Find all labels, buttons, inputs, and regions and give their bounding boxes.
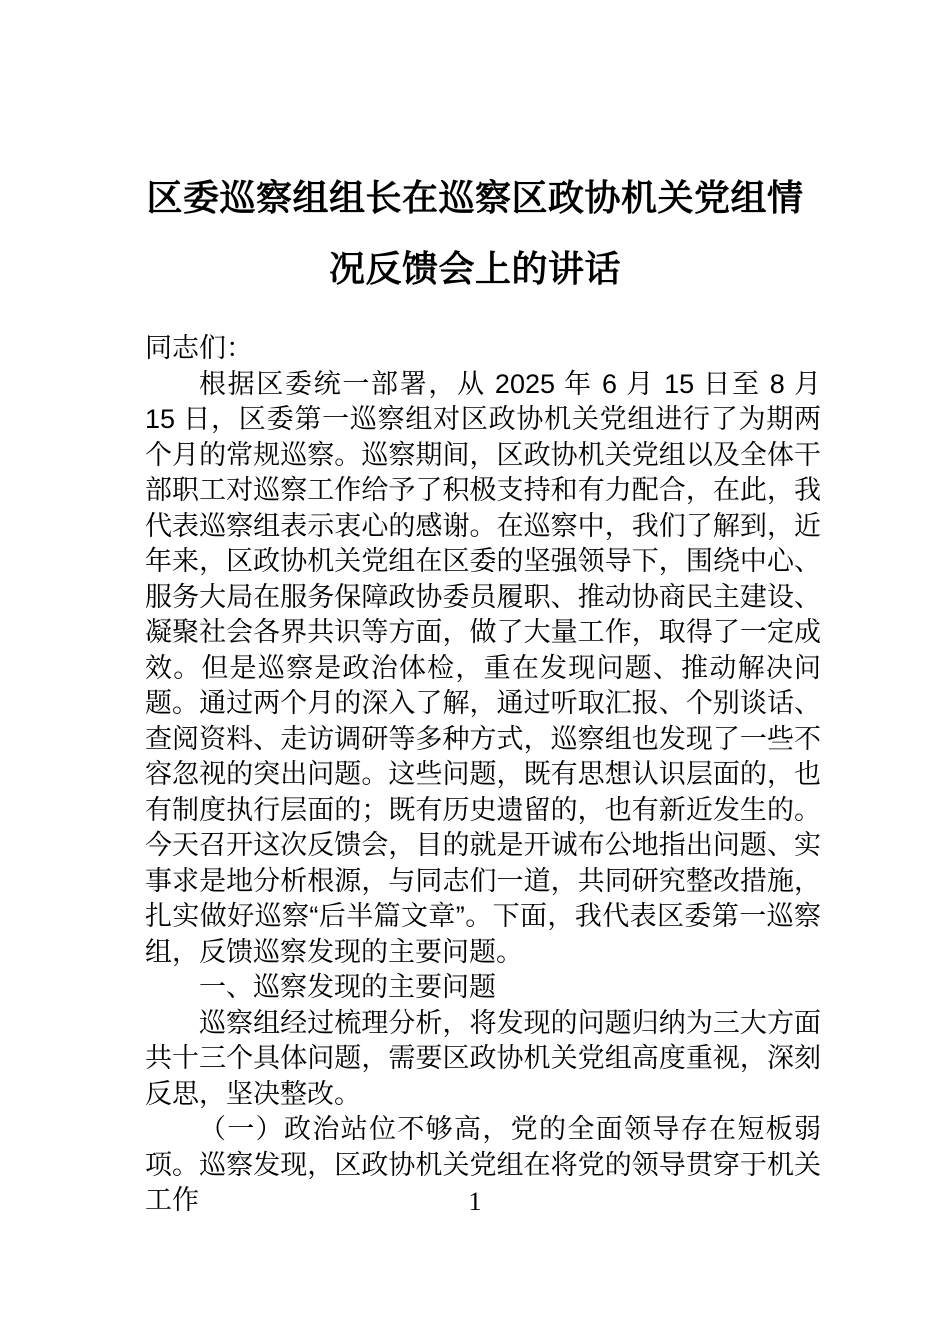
page-footer: 1 <box>0 1186 950 1222</box>
document-title: 区委巡察组组长在巡察区政协机关党组情 况反馈会上的讲话 <box>70 162 880 304</box>
paragraph-problems-overview: 巡察组经过梳理分析，将发现的问题归纳为三大方面共十三个具体问题，需要区政协机关党… <box>145 1006 821 1113</box>
document-title-line-2: 况反馈会上的讲话 <box>70 233 880 304</box>
document-page: 区委巡察组组长在巡察区政协机关党组情 况反馈会上的讲话 同志们： 根据区委统一部… <box>0 0 950 1344</box>
paragraph-salutation: 同志们： <box>145 331 821 367</box>
page-number: 1 <box>469 1187 482 1216</box>
document-body: 同志们： 根据区委统一部署，从 2025 年 6 月 15 日至 8 月 15 … <box>145 331 821 1219</box>
paragraph-introduction: 根据区委统一部署，从 2025 年 6 月 15 日至 8 月 15 日，区委第… <box>145 367 821 971</box>
document-title-line-1: 区委巡察组组长在巡察区政协机关党组情 <box>70 162 880 233</box>
section-heading-main-problems: 一、巡察发现的主要问题 <box>145 970 821 1006</box>
